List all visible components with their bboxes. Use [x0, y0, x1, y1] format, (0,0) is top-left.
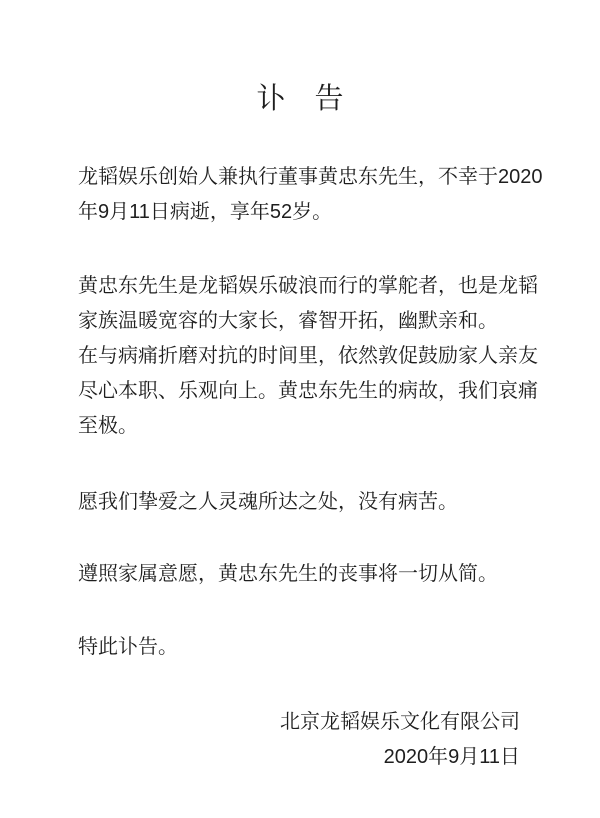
paragraph-line: 在与病痛折磨对抗的时间里，依然敦促鼓励家人亲友 — [78, 339, 600, 374]
paragraph-wish: 愿我们挚爱之人灵魂所达之处，没有病苦。 — [78, 485, 600, 520]
paragraph-closing-statement: 特此讣告。 — [78, 630, 600, 665]
company-signature: 北京龙韬娱乐文化有限公司 — [0, 705, 520, 740]
paragraph-line: 愿我们挚爱之人灵魂所达之处，没有病苦。 — [78, 485, 600, 520]
paragraph-line: 龙韬娱乐创始人兼执行董事黄忠东先生，不幸于2020 — [78, 160, 600, 195]
paragraph-line: 黄忠东先生是龙韬娱乐破浪而行的掌舵者，也是龙韬 — [78, 269, 600, 304]
paragraph-tribute: 黄忠东先生是龙韬娱乐破浪而行的掌舵者，也是龙韬 家族温暖宽容的大家长，睿智开拓，… — [78, 269, 600, 444]
paragraph-funeral-arrangement: 遵照家属意愿，黄忠东先生的丧事将一切从简。 — [78, 557, 600, 592]
paragraph-line: 家族温暖宽容的大家长，睿智开拓，幽默亲和。 — [78, 304, 600, 339]
paragraph-line: 年9月11日病逝，享年52岁。 — [78, 195, 600, 230]
notice-date: 2020年9月11日 — [0, 740, 520, 775]
paragraph-line: 遵照家属意愿，黄忠东先生的丧事将一切从简。 — [78, 557, 600, 592]
paragraph-line: 特此讣告。 — [78, 630, 600, 665]
obituary-document: 讣 告 龙韬娱乐创始人兼执行董事黄忠东先生，不幸于2020 年9月11日病逝，享… — [0, 0, 600, 818]
signature-block: 北京龙韬娱乐文化有限公司 2020年9月11日 — [0, 705, 600, 775]
notice-title: 讣 告 — [0, 0, 600, 115]
paragraph-line: 尽心本职、乐观向上。黄忠东先生的病故，我们哀痛 — [78, 374, 600, 409]
paragraph-line: 至极。 — [78, 409, 600, 444]
paragraph-intro: 龙韬娱乐创始人兼执行董事黄忠东先生，不幸于2020 年9月11日病逝，享年52岁… — [78, 160, 600, 230]
